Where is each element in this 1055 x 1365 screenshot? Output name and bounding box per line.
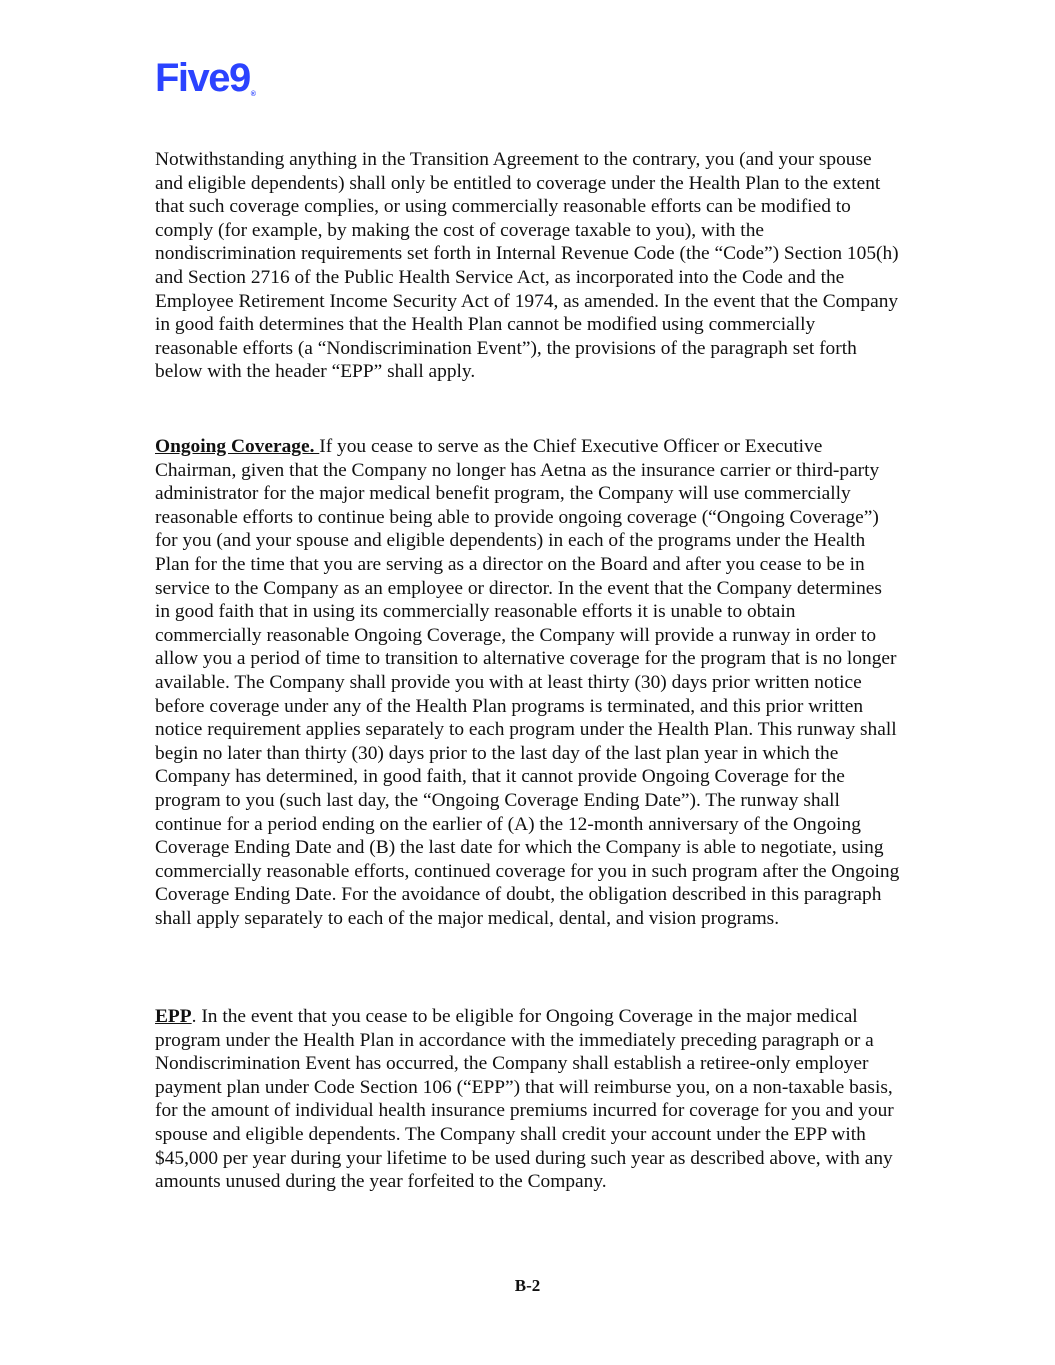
registered-mark: ® [251,91,256,98]
five9-logo: Five9® [155,58,256,98]
nondiscrimination-paragraph: Notwithstanding anything in the Transiti… [155,148,900,384]
epp-body: . In the event that you cease to be elig… [155,1006,894,1192]
ongoing-coverage-paragraph: Ongoing Coverage. If you cease to serve … [155,435,900,930]
document-body: Notwithstanding anything in the Transiti… [155,148,900,384]
ongoing-coverage-body: If you cease to serve as the Chief Execu… [155,436,899,929]
epp-paragraph: EPP. In the event that you cease to be e… [155,1005,900,1194]
page-number: B-2 [0,1276,1055,1296]
logo-text: Five9 [155,56,250,100]
ongoing-coverage-heading: Ongoing Coverage. [155,436,319,457]
epp-heading: EPP [155,1006,192,1027]
